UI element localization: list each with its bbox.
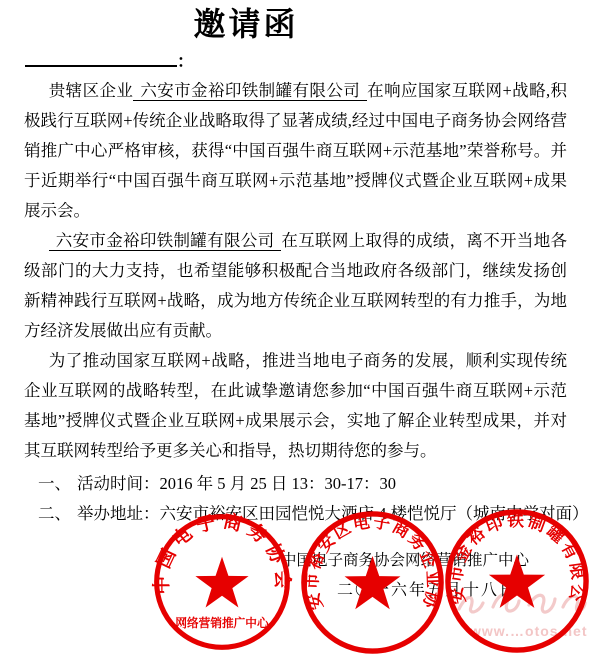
red-star-icon [195, 557, 248, 608]
red-star-icon [489, 554, 545, 608]
list-item-text: 活动时间：2016 年 5 月 25 日 13：30-17：30 [77, 474, 396, 493]
recipient-blank-underline [25, 48, 177, 67]
paragraph-1-prefix: 贵辖区企业 [49, 81, 134, 100]
stamp-luan-association-seal: 六安市裕安区电子商务企业协会 [299, 509, 446, 655]
company-name-underlined: 六安市金裕印铁制罐有限公司 [49, 231, 282, 251]
stamp-cecc-seal: 中国电子商务协会 网络营销推广中心 [151, 512, 293, 652]
paragraph-1: 贵辖区企业六安市金裕印铁制罐有限公司在响应国家互联网+战略,积极践行互联网+传统… [24, 76, 567, 226]
invitation-document: 邀请函 ： 贵辖区企业六安市金裕印铁制罐有限公司在响应国家互联网+战略,积极践行… [0, 0, 592, 655]
list-item-number: 二、 [38, 504, 71, 523]
page-title: 邀请函 [0, 4, 492, 44]
paragraph-3: 为了推动国家互联网+战略，推进当地电子商务的发展，顺利实现传统企业互联网的战略转… [24, 346, 567, 466]
salutation-colon: ： [177, 52, 194, 71]
list-item: 一、活动时间：2016 年 5 月 25 日 13：30-17：30 [38, 469, 592, 499]
salutation-line: ： [25, 48, 592, 74]
company-name-underlined: 六安市金裕印铁制罐有限公司 [133, 81, 367, 101]
body-text: 贵辖区企业六安市金裕印铁制罐有限公司在响应国家互联网+战略,积极践行互联网+传统… [24, 76, 567, 466]
list-item-number: 一、 [38, 474, 71, 493]
stamp-bottom-text: 网络营销推广中心 [175, 616, 270, 630]
paragraph-1-rest: 在响应国家互联网+战略,积极践行互联网+传统企业战略取得了显著成绩,经过中国电子… [24, 81, 567, 220]
paragraph-2: 六安市金裕印铁制罐有限公司在互联网上取得的成绩，离不开当地各级部门的大力支持，也… [24, 226, 567, 346]
stamp-company-seal: 六安市金裕印铁制罐有限公司 [443, 507, 591, 655]
red-star-icon [345, 556, 401, 609]
